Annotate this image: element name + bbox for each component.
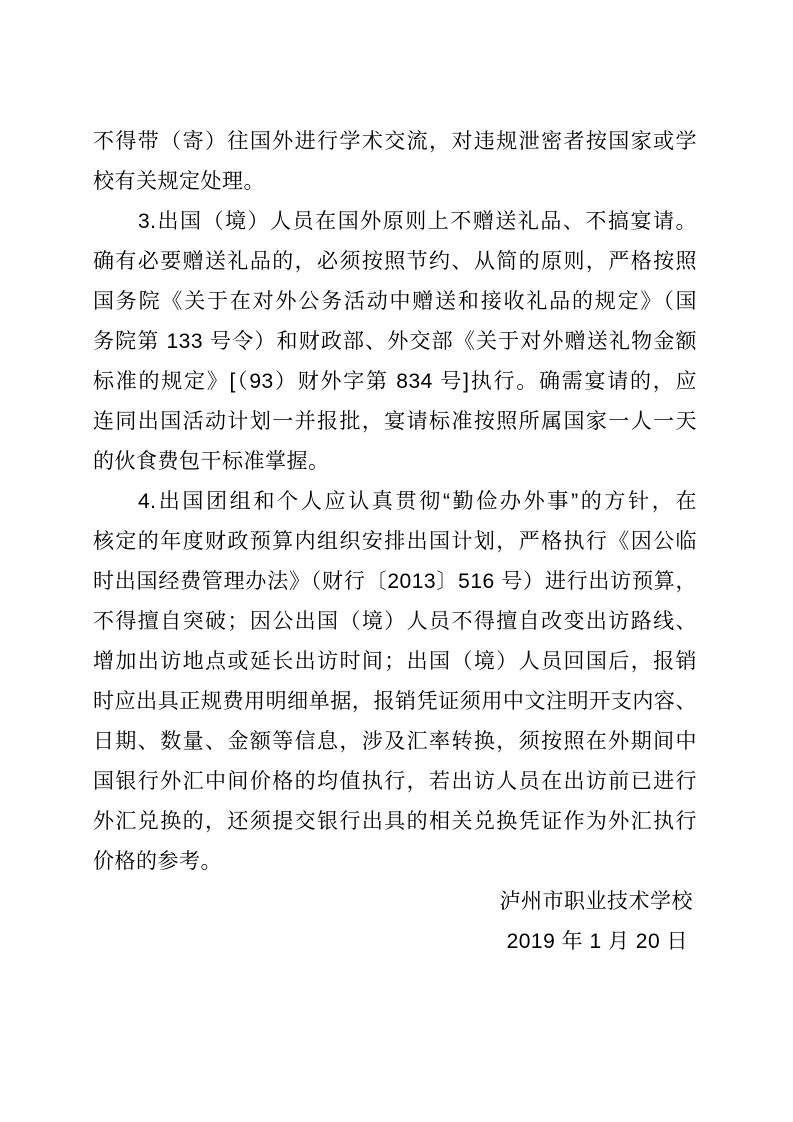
text-line: 日期、数量、金额等信息，涉及汇率转换，须按照在外期间中 bbox=[93, 722, 697, 762]
text-line: 国银行外汇中间价格的均值执行，若出访人员在出访前已进行 bbox=[93, 762, 697, 802]
text-line: 不得带（寄）往国外进行学术交流，对违规泄密者按国家或学 bbox=[93, 122, 697, 162]
document-body: 不得带（寄）往国外进行学术交流，对违规泄密者按国家或学 校有关规定处理。 3.出… bbox=[93, 122, 697, 962]
text-line: 时出国经费管理办法》（财行〔2013〕516 号）进行出访预算， bbox=[93, 562, 697, 602]
date-line: 2019 年 1 月 20 日 bbox=[93, 922, 697, 962]
text-line: 增加出访地点或延长出访时间；出国（境）人员回国后，报销 bbox=[93, 642, 697, 682]
paragraph-item-4: 4.出国团组和个人应认真贯彻“勤俭办外事”的方针，在 核定的年度财政预算内组织安… bbox=[93, 482, 697, 882]
text-line: 价格的参考。 bbox=[93, 842, 697, 882]
text-line: 确有必要赠送礼品的，必须按照节约、从简的原则，严格按照 bbox=[93, 242, 697, 282]
text-line: 校有关规定处理。 bbox=[93, 162, 697, 202]
text-line: 不得擅自突破；因公出国（境）人员不得擅自改变出访路线、 bbox=[93, 602, 697, 642]
text-line: 国务院《关于在对外公务活动中赠送和接收礼品的规定》（国 bbox=[93, 282, 697, 322]
text-line: 标准的规定》[（93）财外字第 834 号]执行。确需宴请的，应 bbox=[93, 362, 697, 402]
text-line: 3.出国（境）人员在国外原则上不赠送礼品、不搞宴请。 bbox=[93, 202, 697, 242]
text-line: 4.出国团组和个人应认真贯彻“勤俭办外事”的方针，在 bbox=[93, 482, 697, 522]
text-line: 外汇兑换的，还须提交银行出具的相关兑换凭证作为外汇执行 bbox=[93, 802, 697, 842]
paragraph-item-3: 3.出国（境）人员在国外原则上不赠送礼品、不搞宴请。 确有必要赠送礼品的，必须按… bbox=[93, 202, 697, 482]
text-line: 务院第 133 号令）和财政部、外交部《关于对外赠送礼物金额 bbox=[93, 322, 697, 362]
text-line: 的伙食费包干标准掌握。 bbox=[93, 442, 697, 482]
text-line: 连同出国活动计划一并报批，宴请标准按照所属国家一人一天 bbox=[93, 402, 697, 442]
text-line: 时应出具正规费用明细单据，报销凭证须用中文注明开支内容、 bbox=[93, 682, 697, 722]
text-line: 核定的年度财政预算内组织安排出国计划，严格执行《因公临 bbox=[93, 522, 697, 562]
signature-line: 泸州市职业技术学校 bbox=[93, 882, 697, 922]
paragraph-continuation: 不得带（寄）往国外进行学术交流，对违规泄密者按国家或学 校有关规定处理。 bbox=[93, 122, 697, 202]
document-page: 不得带（寄）往国外进行学术交流，对违规泄密者按国家或学 校有关规定处理。 3.出… bbox=[0, 0, 793, 1122]
